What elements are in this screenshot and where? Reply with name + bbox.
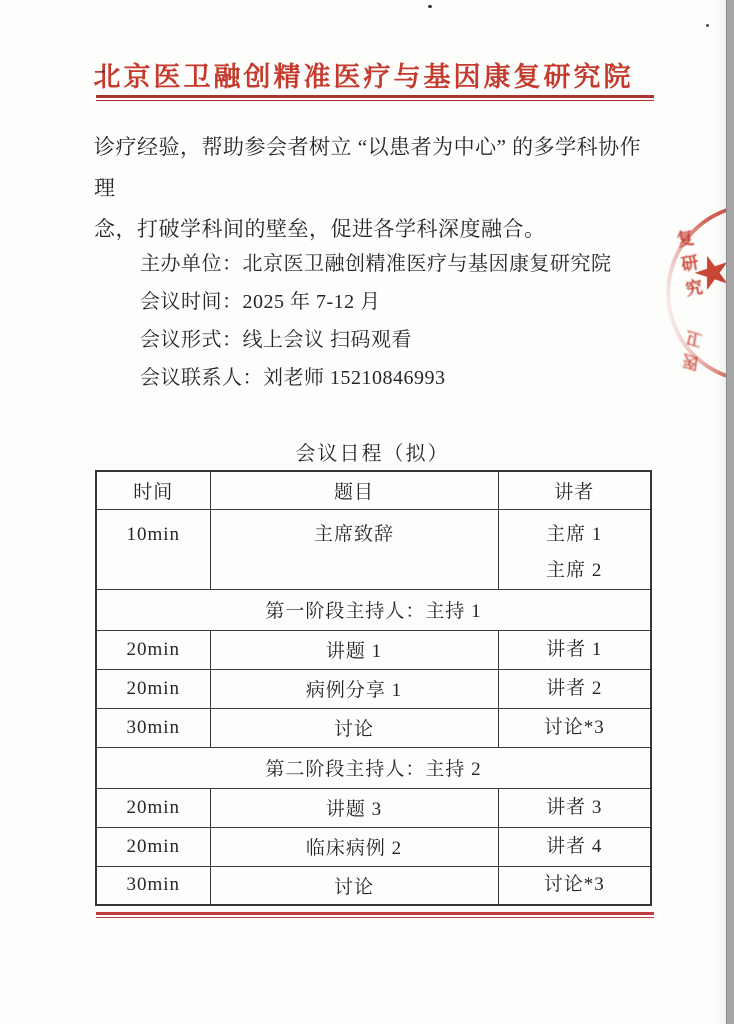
footer-rule-thin-line: [96, 917, 654, 918]
table-row: 30min讨论讨论*3: [96, 866, 651, 905]
intro-line-2: 念，打破学科间的壁垒，促进各学科深度融合。: [94, 209, 656, 250]
scan-noise-speck: [102, 70, 105, 73]
time-cell: 20min: [96, 630, 210, 669]
speaker-cell: 讲者 3: [498, 788, 651, 827]
time-cell: 20min: [96, 788, 210, 827]
time-cell: 30min: [96, 866, 210, 905]
meeting-details: 主办单位：北京医卫融创精准医疗与基因康复研究院 会议时间：2025 年 7-12…: [140, 245, 612, 397]
header-rule: [96, 95, 654, 102]
speaker-cell: 讲者 1: [498, 630, 651, 669]
speaker-cell: 讨论*3: [498, 866, 651, 905]
stage-label: 第二阶段主持人：主持 2: [96, 747, 651, 788]
column-header-speaker: 讲者: [498, 471, 651, 509]
table-row: 30min讨论讨论*3: [96, 708, 651, 747]
speaker-name: 讨论*3: [499, 867, 651, 903]
speaker-name: 讲者 1: [499, 632, 651, 668]
detail-organizer: 主办单位：北京医卫融创精准医疗与基因康复研究院: [140, 245, 612, 283]
speaker-cell: 讲者 2: [498, 669, 651, 708]
topic-cell: 讨论: [210, 866, 498, 905]
table-row: 20min临床病例 2讲者 4: [96, 827, 651, 866]
detail-time: 会议时间：2025 年 7-12 月: [140, 283, 612, 321]
stage-label: 第一阶段主持人：主持 1: [96, 589, 651, 630]
time-cell: 20min: [96, 669, 210, 708]
topic-cell: 讲题 3: [210, 788, 498, 827]
header-rule-thin-line: [96, 100, 654, 101]
topic-cell: 病例分享 1: [210, 669, 498, 708]
intro-paragraph: 诊疗经验，帮助参会者树立 “以患者为中心” 的多学科协作理 念，打破学科间的壁垒…: [94, 127, 656, 250]
agenda-table-header: 时间 题目 讲者: [96, 471, 651, 509]
time-cell: 30min: [96, 708, 210, 747]
time-cell: 10min: [96, 509, 210, 589]
topic-cell: 讨论: [210, 708, 498, 747]
detail-contact: 会议联系人：刘老师 15210846993: [140, 359, 612, 397]
column-header-topic: 题目: [210, 471, 498, 509]
topic-cell: 讲题 1: [210, 630, 498, 669]
speaker-cell: 讲者 4: [498, 827, 651, 866]
topic-cell: 临床病例 2: [210, 827, 498, 866]
scan-noise-speck: [706, 24, 709, 27]
footer-rule-thick-line: [96, 912, 654, 915]
speaker-name: 讲者 2: [499, 671, 651, 707]
detail-format: 会议形式：线上会议 扫码观看: [140, 321, 612, 359]
table-row: 20min病例分享 1讲者 2: [96, 669, 651, 708]
agenda-table-body: 10min主席致辞主席 1主席 2第一阶段主持人：主持 120min讲题 1讲者…: [96, 509, 651, 905]
speaker-name: 主席 1: [499, 517, 651, 553]
time-cell: 20min: [96, 827, 210, 866]
header-rule-thick-line: [96, 95, 654, 98]
intro-line-1: 诊疗经验，帮助参会者树立 “以患者为中心” 的多学科协作理: [94, 127, 656, 209]
speaker-name: 讨论*3: [499, 710, 651, 746]
scan-edge-strip: [726, 0, 734, 1024]
topic-cell: 主席致辞: [210, 509, 498, 589]
speaker-name: 主席 2: [499, 553, 651, 589]
column-header-time: 时间: [96, 471, 210, 509]
table-row: 20min讲题 1讲者 1: [96, 630, 651, 669]
stage-row: 第一阶段主持人：主持 1: [96, 589, 651, 630]
speaker-name: 讲者 4: [499, 829, 651, 865]
stage-row: 第二阶段主持人：主持 2: [96, 747, 651, 788]
document-page: 北京医卫融创精准医疗与基因康复研究院 诊疗经验，帮助参会者树立 “以患者为中心”…: [0, 0, 734, 1024]
speaker-name: 讲者 3: [499, 790, 651, 826]
speaker-cell: 讨论*3: [498, 708, 651, 747]
table-row: 20min讲题 3讲者 3: [96, 788, 651, 827]
agenda-table: 时间 题目 讲者 10min主席致辞主席 1主席 2第一阶段主持人：主持 120…: [95, 470, 652, 906]
page-title: 北京医卫融创精准医疗与基因康复研究院: [0, 55, 727, 94]
table-row: 10min主席致辞主席 1主席 2: [96, 509, 651, 589]
scan-noise-speck: [428, 5, 432, 8]
footer-rule: [96, 912, 654, 919]
agenda-title: 会议日程（拟）: [95, 437, 650, 466]
header-row: 时间 题目 讲者: [96, 471, 651, 509]
speaker-cell: 主席 1主席 2: [498, 509, 651, 589]
